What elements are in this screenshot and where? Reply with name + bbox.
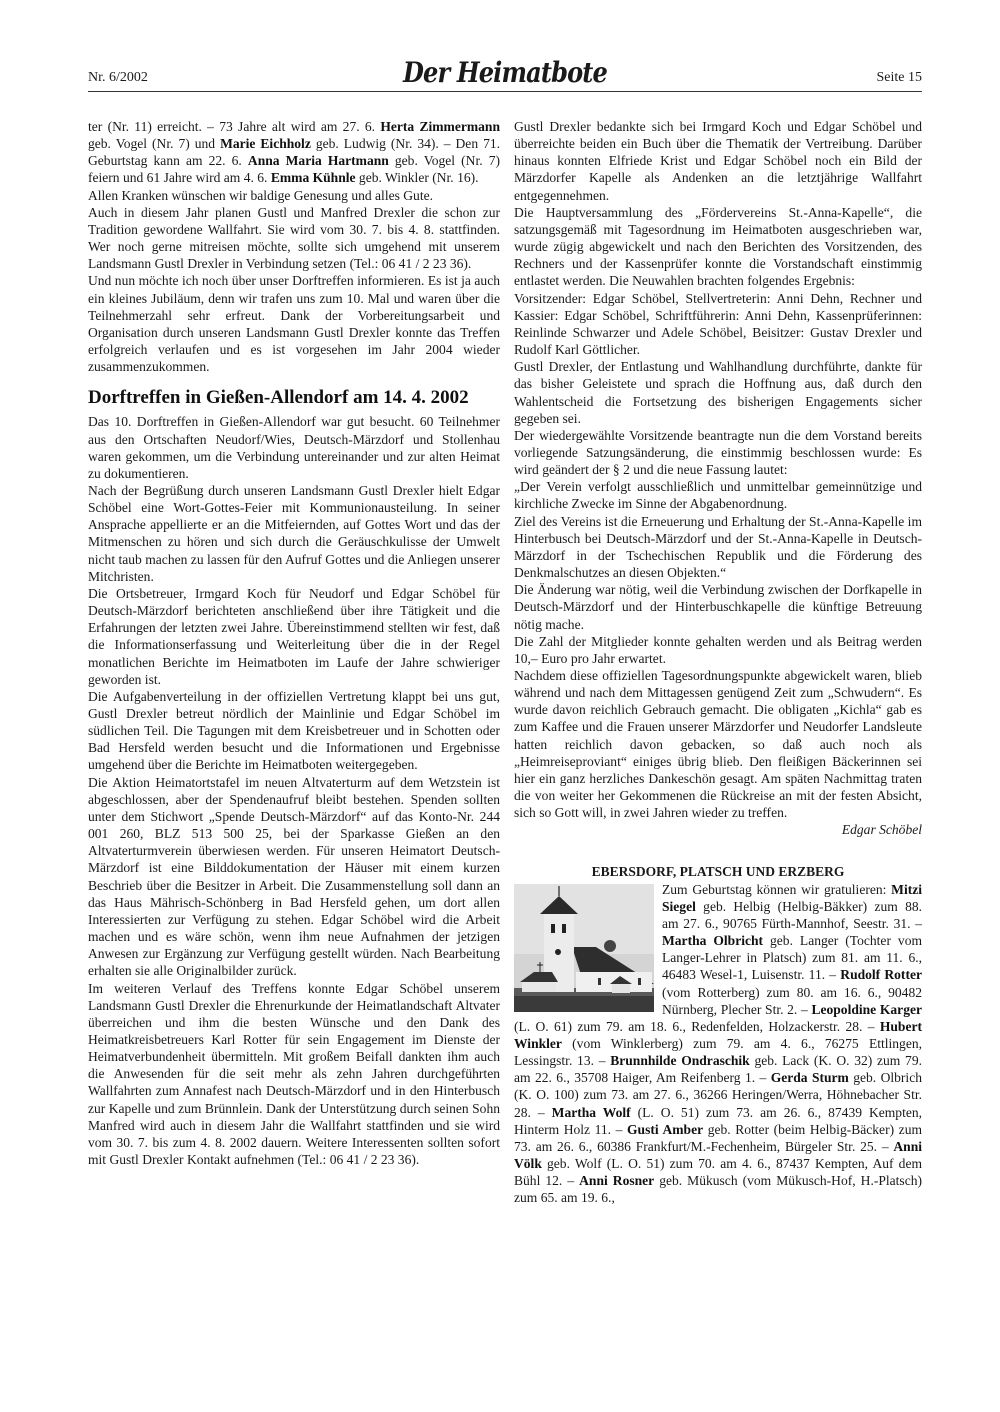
page-number: Seite 15 xyxy=(877,70,923,86)
paragraph: Im weiteren Verlauf des Treffens konnte … xyxy=(88,980,500,1169)
paragraph: Und nun möchte ich noch über unser Dorft… xyxy=(88,272,500,375)
person-name: Hubert Winkler xyxy=(514,1019,922,1051)
paragraph: Die Änderung war nötig, weil die Verbind… xyxy=(514,581,922,632)
masthead-logo: Der Heimatbote xyxy=(403,56,607,89)
person-name: Gerda Sturm xyxy=(771,1070,849,1085)
paragraph: Die Ortsbetreuer, Irmgard Koch für Neudo… xyxy=(88,585,500,688)
header-divider xyxy=(88,91,922,92)
paragraph: ter (Nr. 11) erreicht. – 73 Jahre alt wi… xyxy=(88,118,500,187)
person-name: Martha Wolf xyxy=(552,1105,631,1120)
birthday-block: Zum Geburtstag können wir gratulieren: M… xyxy=(514,881,922,1207)
article-body: Das 10. Dorftreffen in Gießen-Allendorf … xyxy=(88,413,500,1168)
paragraph: Die Aufgabenverteilung in der offizielle… xyxy=(88,688,500,774)
person-name: Emma Kühnle xyxy=(271,170,356,185)
person-name: Herta Zimmermann xyxy=(380,119,500,134)
person-name: Anni Rosner xyxy=(579,1173,654,1188)
paragraph: Die Aktion Heimatortstafel im neuen Altv… xyxy=(88,774,500,980)
paragraph: Vorsitzender: Edgar Schöbel, Stellvertre… xyxy=(514,290,922,359)
paragraph: Gustl Drexler bedankte sich bei Irmgard … xyxy=(514,118,922,204)
article-continuation: Gustl Drexler bedankte sich bei Irmgard … xyxy=(514,118,922,821)
paragraph: Die Zahl der Mitglieder konnte gehalten … xyxy=(514,633,922,667)
church-photo xyxy=(514,884,654,1012)
article-author: Edgar Schöbel xyxy=(514,821,922,838)
person-name: Mitzi Siegel xyxy=(662,882,922,914)
issue-number: Nr. 6/2002 xyxy=(88,70,148,86)
person-name: Leopoldine Karger xyxy=(811,1002,922,1017)
intro-text: ter (Nr. 11) erreicht. – 73 Jahre alt wi… xyxy=(88,118,500,375)
person-name: Marie Eichholz xyxy=(220,136,311,151)
paragraph: „Der Verein verfolgt ausschließlich und … xyxy=(514,478,922,512)
paragraph: Auch in diesem Jahr planen Gustl und Man… xyxy=(88,204,500,273)
paragraph: Nach der Begrüßung durch unseren Landsma… xyxy=(88,482,500,585)
paragraph: Gustl Drexler, der Entlastung und Wahlha… xyxy=(514,358,922,427)
right-column: Gustl Drexler bedankte sich bei Irmgard … xyxy=(514,118,922,1207)
paragraph: Allen Kranken wünschen wir baldige Genes… xyxy=(88,187,500,204)
paragraph: Die Hauptversammlung des „Fördervereins … xyxy=(514,204,922,290)
section-title: Dorftreffen in Gießen-Allendorf am 14. 4… xyxy=(88,387,500,409)
person-name: Anna Maria Hartmann xyxy=(248,153,389,168)
page-header: Nr. 6/2002 Der Heimatbote Seite 15 xyxy=(88,60,922,92)
person-name: Martha Olbricht xyxy=(662,933,763,948)
left-column: ter (Nr. 11) erreicht. – 73 Jahre alt wi… xyxy=(88,118,500,1168)
person-name: Rudolf Rotter xyxy=(840,967,922,982)
paragraph: Das 10. Dorftreffen in Gießen-Allendorf … xyxy=(88,413,500,482)
paragraph: Ziel des Vereins ist die Erneuerung und … xyxy=(514,513,922,582)
person-name: Gusti Amber xyxy=(627,1122,703,1137)
person-name: Brunnhilde Ondraschik xyxy=(610,1053,750,1068)
paragraph: Nachdem diese offiziellen Tagesordnungsp… xyxy=(514,667,922,821)
person-name: Anni Völk xyxy=(514,1139,922,1171)
paragraph: Der wiedergewählte Vorsitzende beantragt… xyxy=(514,427,922,478)
subsection-title: EBERSDORF, PLATSCH UND ERZBERG xyxy=(514,863,922,880)
